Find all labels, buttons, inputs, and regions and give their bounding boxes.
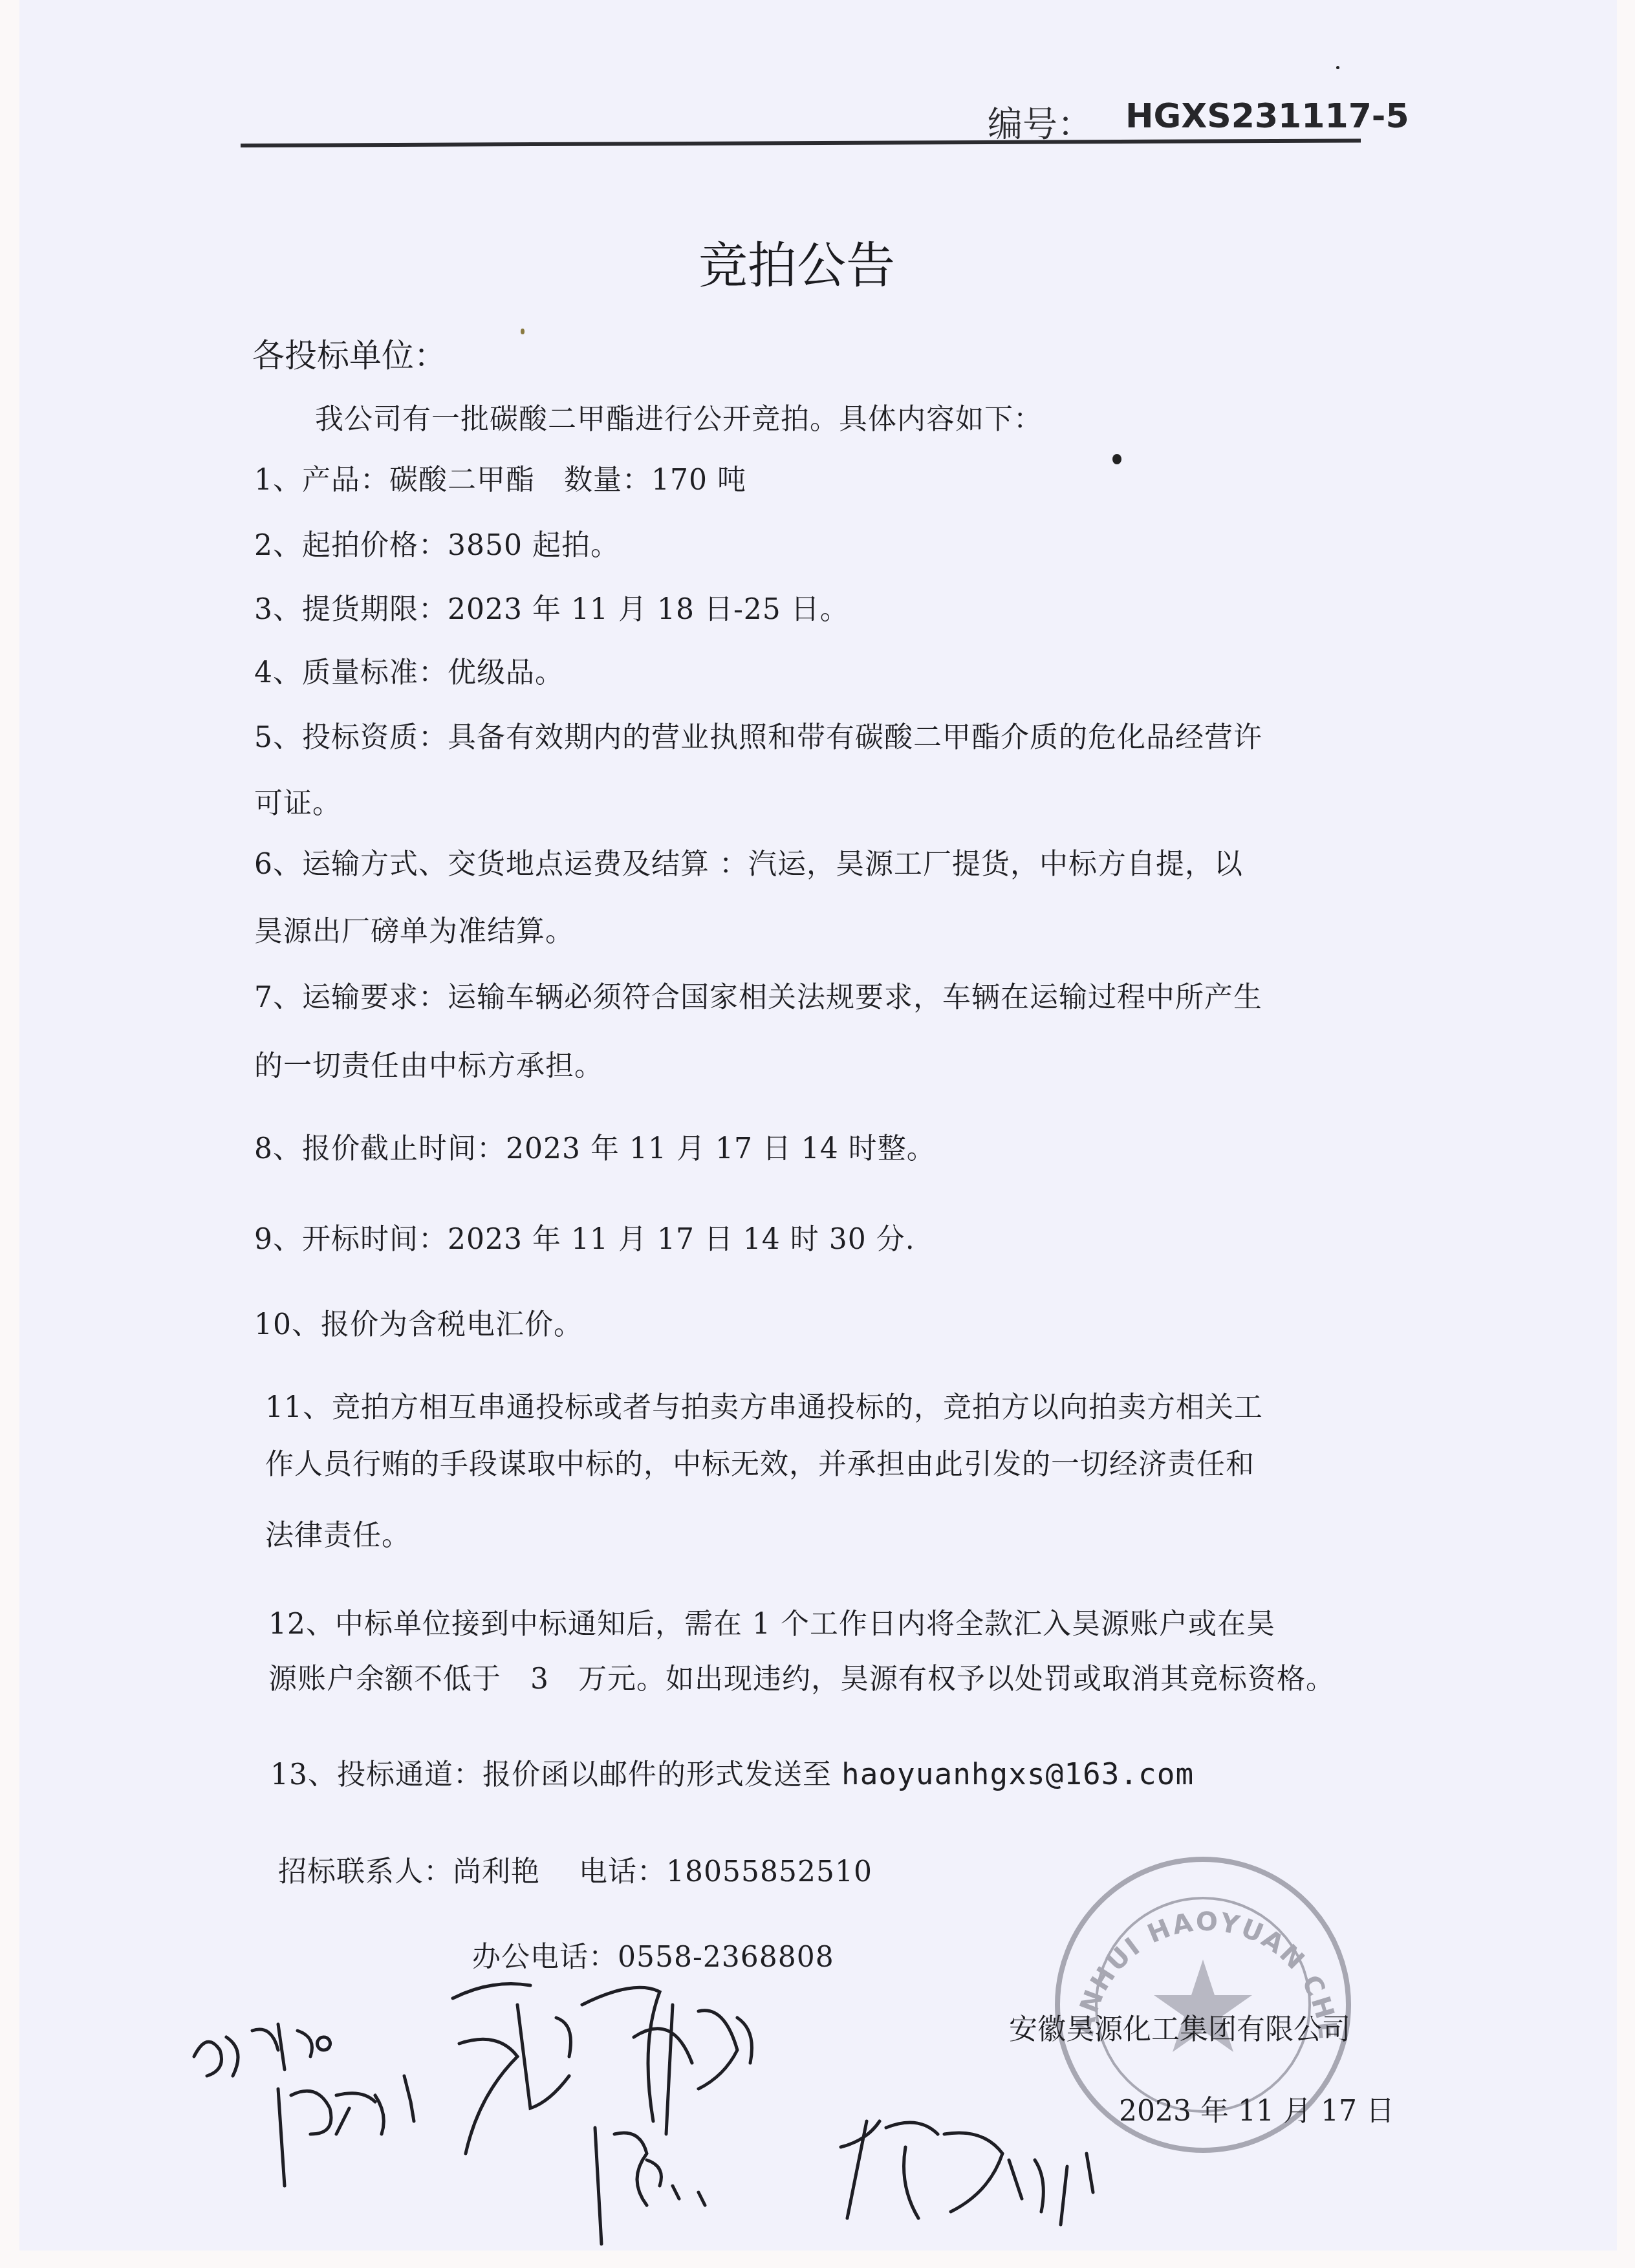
item-12-line-2: 源账户余额不低于 3 万元。如出现违约，昊源有权予以处罚或取消其竞标资格。 bbox=[268, 1656, 1335, 1697]
email-address: haoyuanhgxs@163.com bbox=[841, 1756, 1194, 1791]
item-13: 13、投标通道：报价函以邮件的形式发送至 haoyuanhgxs@163.com bbox=[270, 1751, 1194, 1793]
item-5-line-1: 5、投标资质：具备有效期内的营业执照和带有碳酸二甲酯介质的危化品经营许 bbox=[254, 714, 1262, 755]
page-title: 竞拍公告 bbox=[698, 226, 895, 297]
item-2: 2、起拍价格：3850 起拍。 bbox=[254, 522, 620, 563]
scan-speck bbox=[521, 329, 525, 334]
item-1: 1、产品：碳酸二甲酯 数量：170 吨 bbox=[254, 457, 746, 498]
scan-speck bbox=[1112, 454, 1121, 464]
contact-person-phone: 招标联系人：尚利艳 电话：18055852510 bbox=[278, 1848, 872, 1890]
item-7-line-2: 的一切责任由中标方承担。 bbox=[254, 1042, 603, 1084]
item-7-line-1: 7、运输要求：运输车辆必须符合国家相关法规要求，车辆在运输过程中所产生 bbox=[254, 974, 1262, 1015]
handwritten-signatures-icon bbox=[181, 1966, 1410, 2257]
item-11-line-3: 法律责任。 bbox=[265, 1512, 411, 1553]
doc-number: HGXS231117-5 bbox=[1125, 97, 1409, 136]
item-11-line-2: 作人员行贿的手段谋取中标的，中标无效，并承担由此引发的一切经济责任和 bbox=[265, 1441, 1255, 1482]
item-13-text: 13、投标通道：报价函以邮件的形式发送至 bbox=[270, 1758, 841, 1791]
scan-speck bbox=[1336, 66, 1339, 69]
item-3: 3、提货期限：2023 年 11 月 18 日-25 日。 bbox=[254, 586, 849, 627]
item-4: 4、质量标准：优级品。 bbox=[254, 649, 564, 691]
item-5-line-2: 可证。 bbox=[254, 780, 341, 821]
item-12-line-1: 12、中标单位接到中标通知后，需在 1 个工作日内将全款汇入昊源账户或在昊 bbox=[268, 1601, 1275, 1642]
salutation: 各投标单位： bbox=[252, 330, 446, 376]
item-10: 10、报价为含税电汇价。 bbox=[254, 1301, 583, 1343]
item-6-line-1: 6、运输方式、交货地点运费及结算 ：汽运，昊源工厂提货，中标方自提，以 bbox=[254, 841, 1243, 882]
item-8: 8、报价截止时间：2023 年 11 月 17 日 14 时整。 bbox=[254, 1125, 936, 1167]
item-9: 9、开标时间：2023 年 11 月 17 日 14 时 30 分. bbox=[254, 1216, 915, 1257]
item-11-line-1: 11、竞拍方相互串通投标或者与拍卖方串通投标的，竞拍方以向拍卖方相关工 bbox=[265, 1384, 1263, 1425]
item-6-line-2: 昊源出厂磅单为准结算。 bbox=[254, 908, 574, 949]
intro-paragraph: 我公司有一批碳酸二甲酯进行公开竞拍。具体内容如下： bbox=[315, 396, 1043, 437]
